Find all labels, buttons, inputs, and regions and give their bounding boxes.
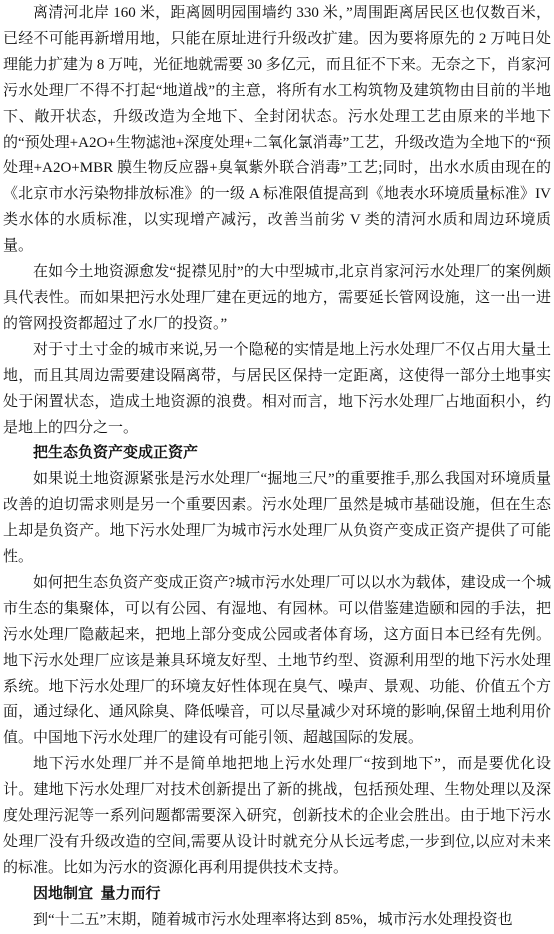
paragraph: 离清河北岸 160 米，距离圆明园围墙约 330 米，”周围距离居民区也仅数百米…	[3, 1, 551, 260]
paragraph: 地下污水处理厂并不是简单地把地上污水处理厂“按到地下”，而是要优化设计。建地下污…	[3, 752, 551, 882]
paragraph: 在如今土地资源愈发“捉襟见肘”的大中型城市,北京肖家河污水处理厂的案例颇具代表性…	[3, 260, 551, 338]
section-heading: 把生态负资产变成正资产	[3, 441, 551, 467]
paragraph: 对于寸土寸金的城市来说,另一个隐秘的实情是地上污水处理厂不仅占用大量土地，而且其…	[3, 338, 551, 442]
section-heading: 因地制宜 量力而行	[3, 882, 551, 908]
paragraph: 如何把生态负资产变成正资产?城市污水处理厂可以以水为载体，建设成一个城市生态的集…	[3, 571, 551, 752]
paragraph: 如果说土地资源紧张是污水处理厂“掘地三尺”的重要推手,那么我国对环境质量改善的迫…	[3, 467, 551, 571]
paragraph: 到“十二五”末期，随着城市污水处理率将达到 85%，城市污水处理投资也	[3, 908, 551, 934]
document-page: 离清河北岸 160 米，距离圆明园围墙约 330 米，”周围距离居民区也仅数百米…	[0, 0, 554, 934]
text-column: 离清河北岸 160 米，距离圆明园围墙约 330 米，”周围距离居民区也仅数百米…	[3, 1, 551, 934]
